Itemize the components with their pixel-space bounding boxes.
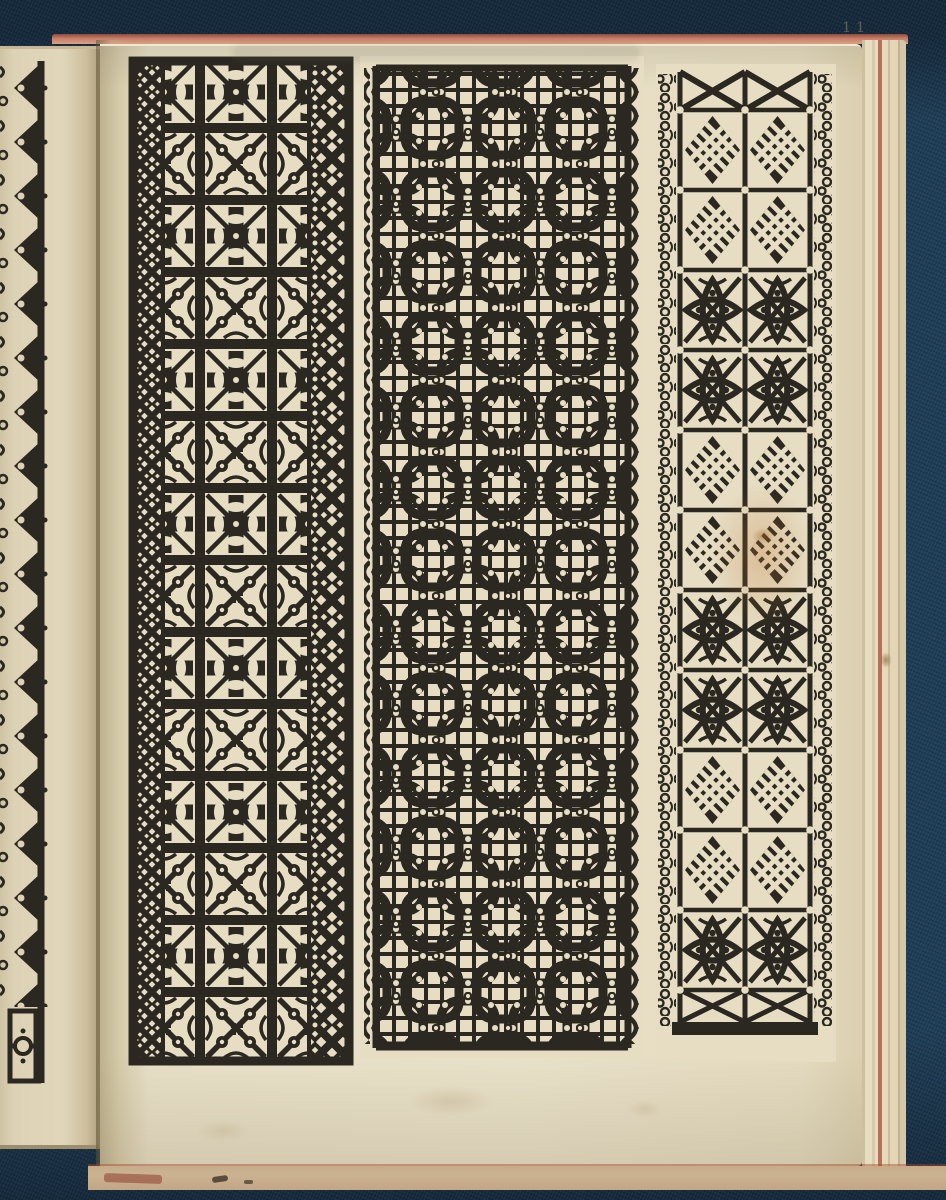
facing-page — [0, 46, 100, 1149]
page-edge-stack — [862, 40, 906, 1172]
page-top-edge — [52, 34, 908, 44]
pattern-band-right — [656, 64, 836, 1062]
page-bottom-edge — [88, 1164, 946, 1190]
pattern-band-middle — [360, 56, 644, 1058]
pattern-band-left — [128, 56, 354, 1066]
book-scan: 11 — [0, 0, 946, 1200]
facing-page-pattern-band — [0, 61, 48, 1107]
folio-number: 11 — [838, 20, 874, 36]
